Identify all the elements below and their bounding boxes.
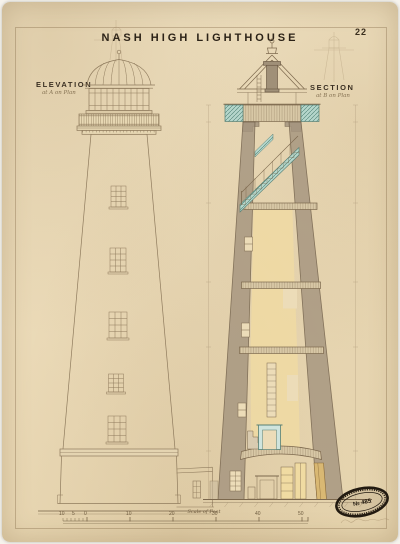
- section-drawing: [195, 35, 380, 525]
- scale-tick-label: 10: [59, 511, 65, 517]
- scale-tick-label: 5: [72, 511, 75, 517]
- lantern-ladder: [257, 75, 261, 102]
- scale-tick-label: 20: [169, 511, 175, 517]
- scale-tick-label: 40: [255, 511, 261, 517]
- scale-tick-label: 50: [298, 511, 304, 517]
- signature-mark: [338, 514, 393, 530]
- gallery-railing: [77, 114, 161, 134]
- scale-caption: Scale of Feet: [175, 509, 233, 515]
- lantern-dome: [83, 50, 155, 88]
- gallery-slab: [224, 104, 321, 131]
- scale-tick-label: 10: [126, 511, 132, 517]
- elevation-drawing: [30, 45, 220, 520]
- elevation-windows: [106, 186, 129, 444]
- scale-tick-label: 0: [84, 511, 87, 517]
- drawing-sheet-photo: NASH HIGH LIGHTHOUSE 22 ELEVATION at A o…: [0, 0, 400, 544]
- scale-bar: 10 5 0 10 20 30 40 50 Scale of Feet: [55, 509, 315, 531]
- tower-shaft: [58, 134, 181, 503]
- lantern-glazing: [86, 89, 152, 114]
